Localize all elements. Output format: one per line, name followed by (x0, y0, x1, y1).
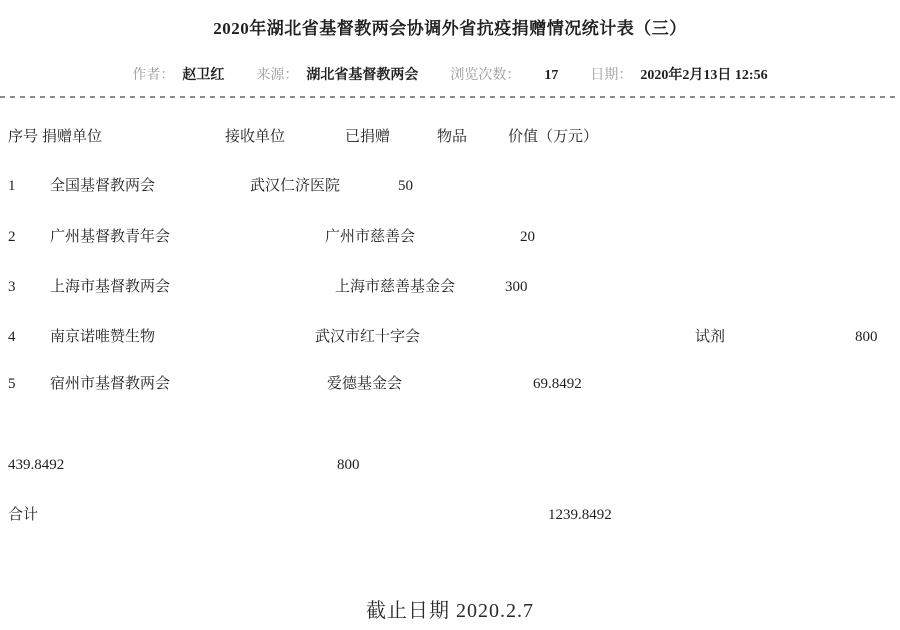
total-amount: 1239.8492 (548, 505, 612, 525)
table-row: 5 宿州市基督教两会 爱德基金会 69.8492 (0, 374, 900, 394)
cell-donor: 全国基督教两会 (50, 176, 155, 196)
col-header-receiver: 接收单位 (225, 127, 285, 147)
cell-receiver: 上海市慈善基金会 (335, 277, 455, 297)
subtotal-row: 439.8492 800 (0, 455, 900, 475)
total-label: 合计 (8, 505, 38, 525)
footer-date: 截止日期 2020.2.7 (0, 594, 900, 623)
cell-donor: 广州基督教青年会 (50, 227, 170, 247)
cell-donor: 上海市基督教两会 (50, 277, 170, 297)
table-row: 1 全国基督教两会 武汉仁济医院 50 (0, 176, 900, 196)
col-header-no: 序号 (8, 127, 38, 147)
cell-receiver: 广州市慈善会 (325, 227, 415, 247)
table-header-row: 序号 捐赠单位 接收单位 已捐赠 物品 价值（万元） (0, 127, 900, 147)
subtotal-donated: 439.8492 (8, 455, 64, 475)
cell-donated: 50 (398, 176, 413, 196)
col-header-value: 价值（万元） (508, 127, 598, 147)
cell-donated: 69.8492 (533, 374, 582, 394)
cell-donated: 300 (505, 277, 528, 297)
col-header-donated: 已捐赠 (345, 127, 390, 147)
cell-no: 5 (8, 374, 16, 394)
cell-receiver: 爱德基金会 (327, 374, 402, 394)
table-row: 2 广州基督教青年会 广州市慈善会 20 (0, 227, 900, 247)
cell-no: 2 (8, 227, 16, 247)
cell-no: 1 (8, 176, 16, 196)
document-page: 2020年湖北省基督教两会协调外省抗疫捐赠情况统计表（三） 作者： 赵卫红 来源… (0, 0, 900, 630)
total-row: 合计 1239.8492 (0, 505, 900, 525)
cell-value: 800 (855, 327, 878, 347)
subtotal-value: 800 (337, 455, 360, 475)
donation-table: 序号 捐赠单位 接收单位 已捐赠 物品 价值（万元） 1 全国基督教两会 武汉仁… (0, 0, 900, 630)
cell-donor: 南京诺唯赞生物 (50, 327, 155, 347)
cell-no: 3 (8, 277, 16, 297)
cell-no: 4 (8, 327, 16, 347)
cell-donated: 20 (520, 227, 535, 247)
cell-receiver: 武汉市红十字会 (315, 327, 420, 347)
col-header-donor: 捐赠单位 (42, 127, 102, 147)
cell-donor: 宿州市基督教两会 (50, 374, 170, 394)
table-row: 3 上海市基督教两会 上海市慈善基金会 300 (0, 277, 900, 297)
cell-item: 试剂 (695, 327, 725, 347)
cell-receiver: 武汉仁济医院 (250, 176, 340, 196)
col-header-item: 物品 (437, 127, 467, 147)
table-row: 4 南京诺唯赞生物 武汉市红十字会 试剂 800 (0, 327, 900, 347)
